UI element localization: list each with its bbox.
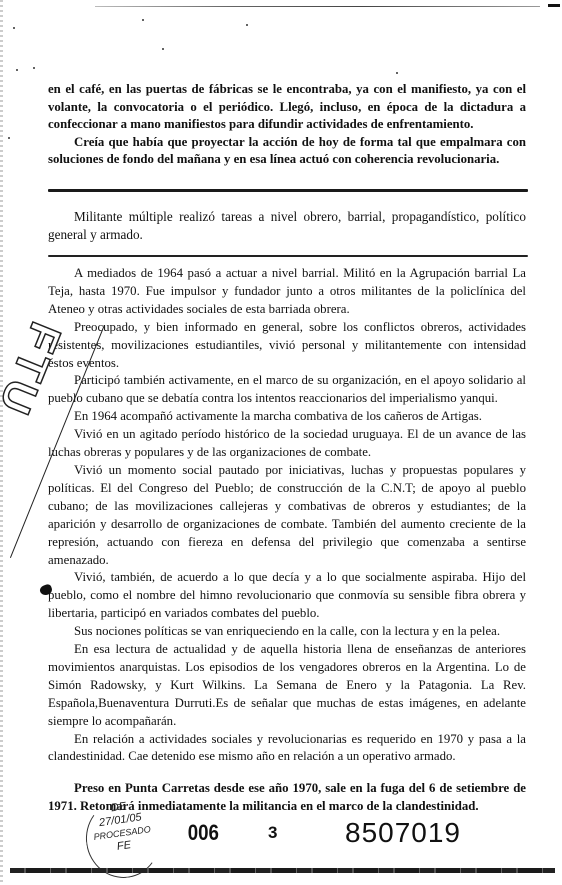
paragraph: Vivió en un agitado período histórico de… [48, 426, 526, 462]
scan-speck [13, 27, 15, 29]
paragraph: Participó también activamente, en el mar… [48, 372, 526, 408]
scan-speck [8, 137, 10, 139]
scan-speck [246, 24, 248, 26]
paragraph: Sus nociones políticas se van enriquecie… [48, 623, 526, 641]
footer-number-middle: 3 [268, 823, 277, 843]
paragraph: Vivió, también, de acuerdo a lo que decí… [48, 569, 526, 623]
top-edge-mark [548, 4, 560, 7]
paragraph: En 1964 acompañó activamente la marcha c… [48, 408, 526, 426]
paragraph: En relación a actividades sociales y rev… [48, 731, 526, 767]
section-biography: A mediados de 1964 pasó a actuar a nivel… [48, 265, 526, 766]
paragraph: A mediados de 1964 pasó a actuar a nivel… [48, 265, 526, 319]
bottom-rule [10, 868, 555, 873]
paragraph: en el café, en las puertas de fábricas s… [48, 81, 526, 134]
paragraph: Creía que había que proyectar la acción … [48, 134, 526, 169]
footer-number-right: 8507019 [345, 817, 461, 849]
scanned-document-page: en el café, en las puertas de fábricas s… [0, 0, 562, 885]
paragraph: Vivió un momento social pautado por inic… [48, 462, 526, 569]
scan-speck [396, 72, 398, 74]
paragraph: En esa lectura de actualidad y de aquell… [48, 641, 526, 731]
ftu-stamp-text: FTU [0, 315, 70, 424]
scan-speck [16, 69, 18, 71]
scan-speck [33, 67, 35, 69]
divider-rule [48, 189, 528, 192]
paragraph: Preocupado, y bien informado en general,… [48, 319, 526, 373]
section-intro: en el café, en las puertas de fábricas s… [48, 81, 526, 169]
scan-speck [162, 48, 164, 50]
highlight-text: Militante múltiple realizó tareas a nive… [48, 208, 526, 243]
highlight-statement: Militante múltiple realizó tareas a nive… [48, 208, 526, 243]
scan-speck [142, 19, 144, 21]
top-rule [95, 6, 540, 7]
divider-rule [48, 255, 528, 257]
footer-number-left: 006 [188, 820, 219, 846]
